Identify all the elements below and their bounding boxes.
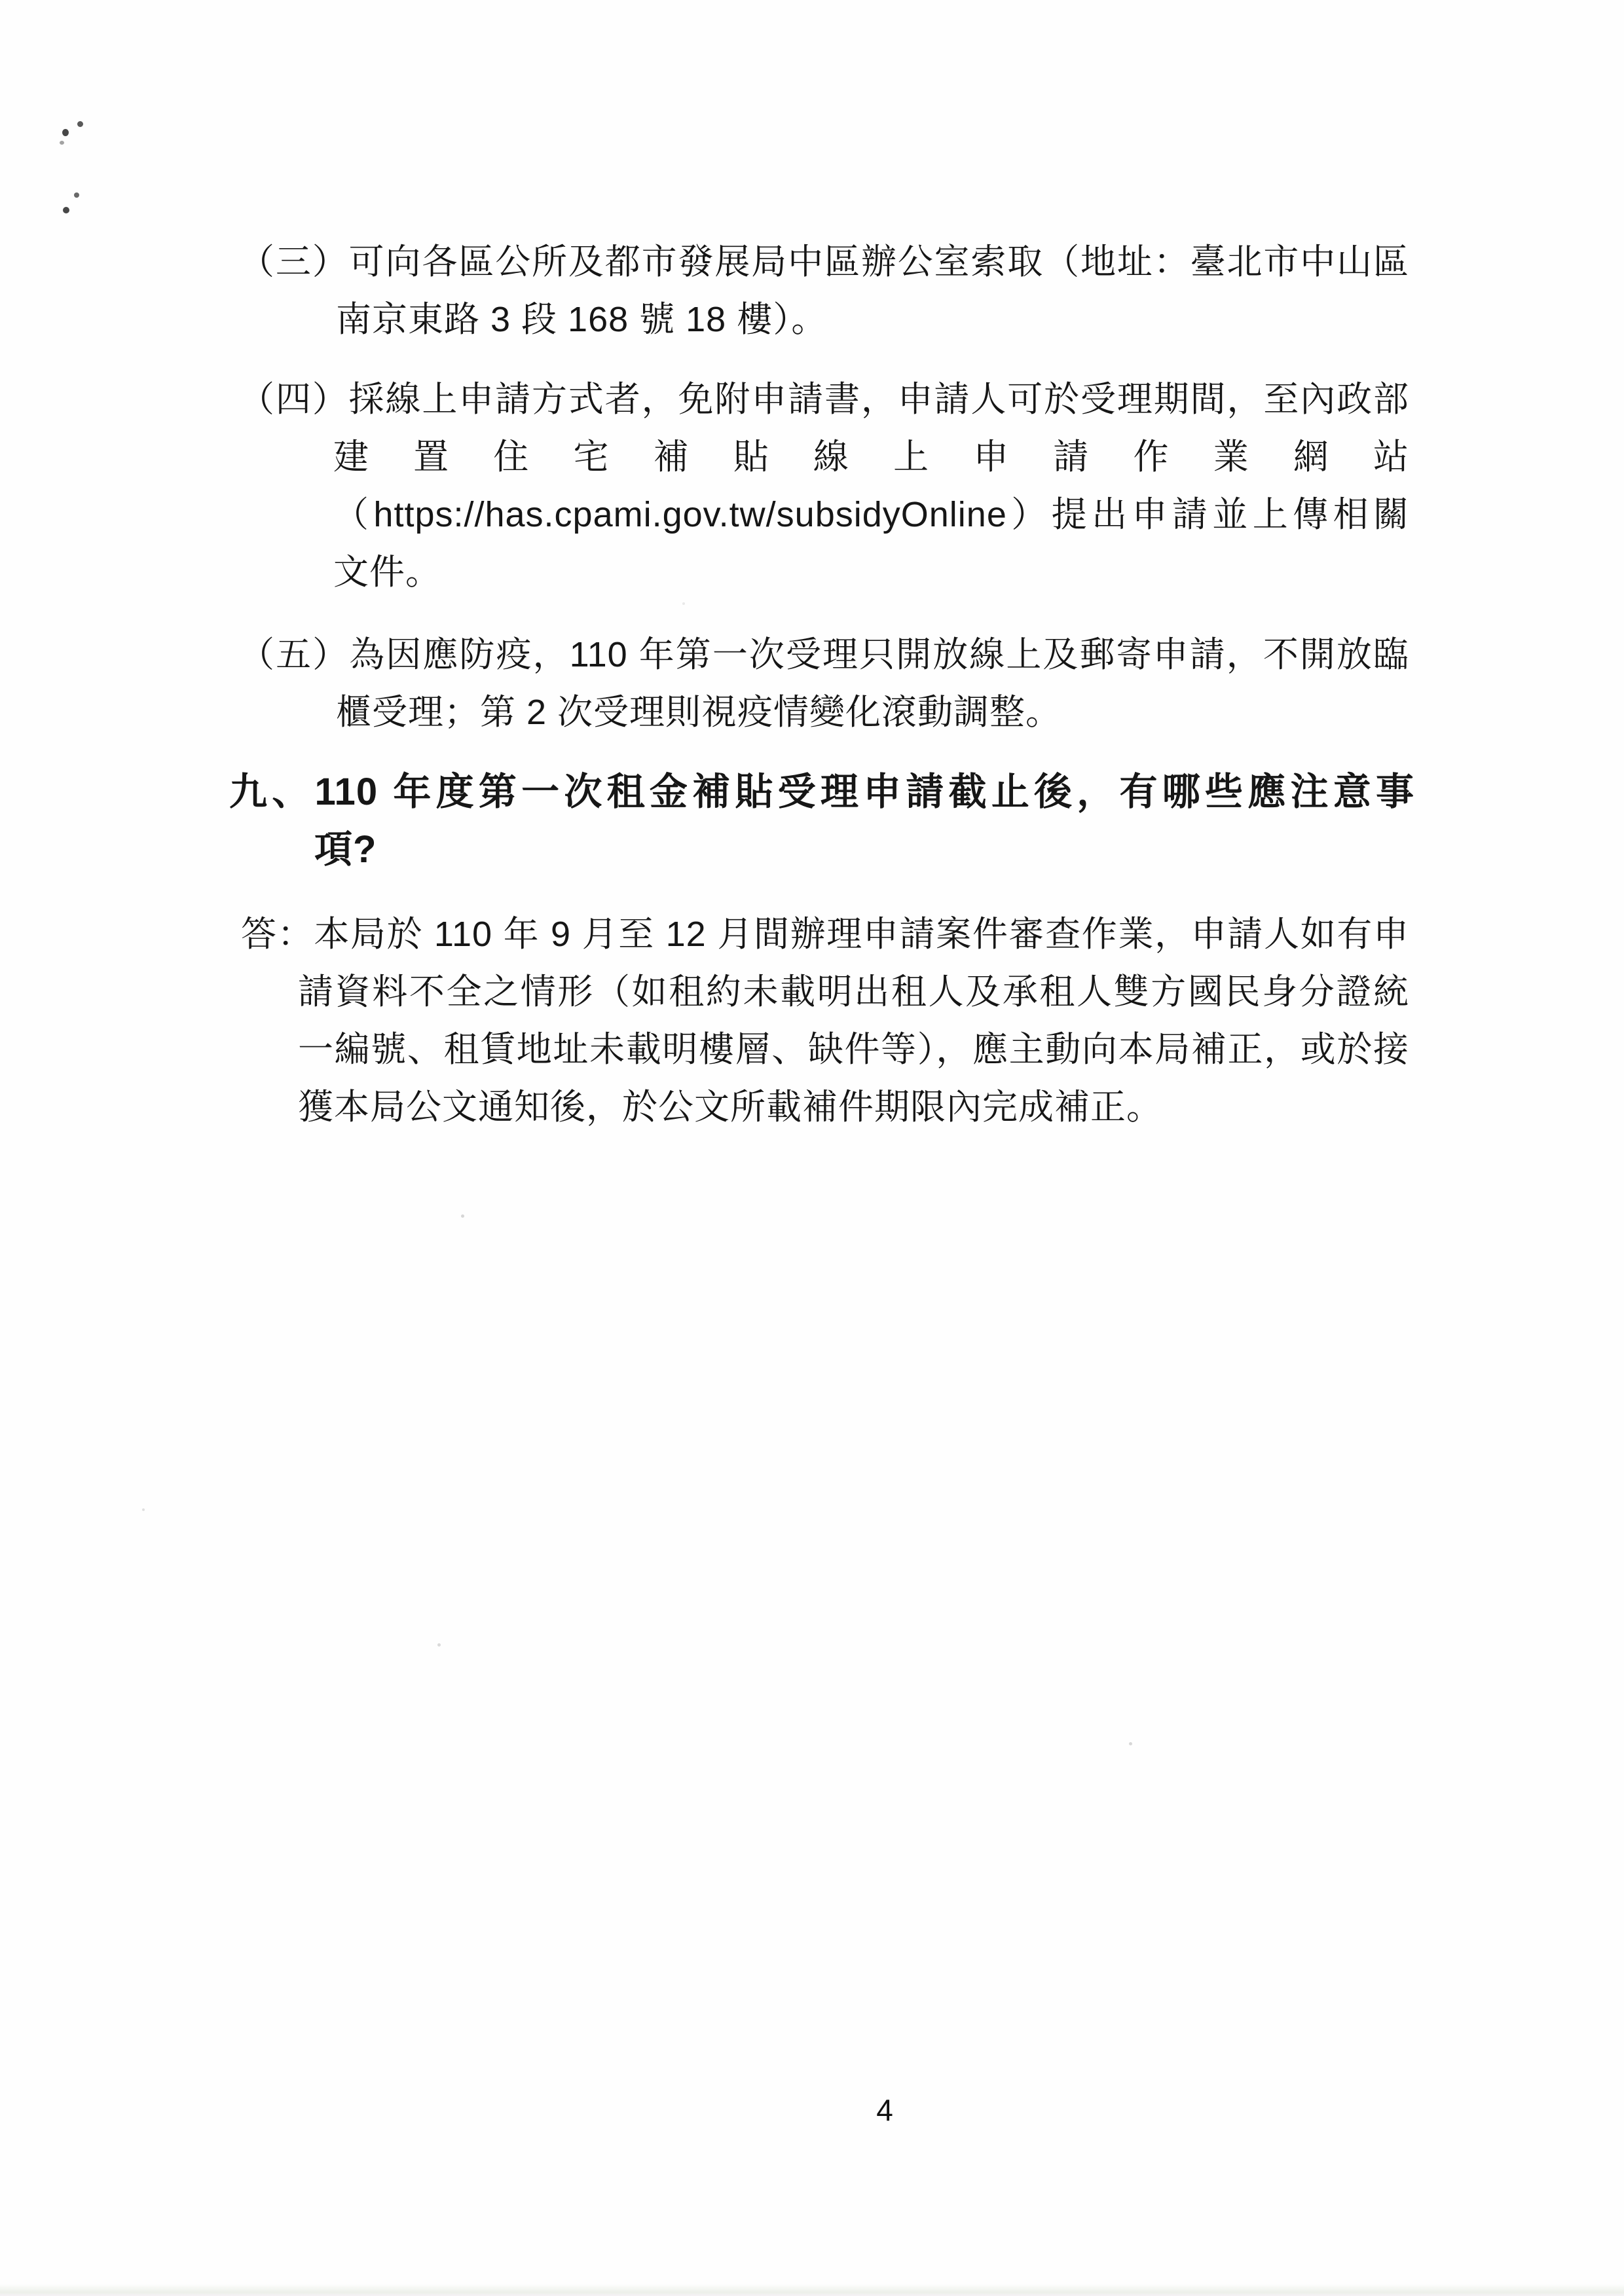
speck xyxy=(1129,1742,1132,1745)
list-item-5-line-1: （五）為因應防疫，110 年第一次受理只開放線上及郵寄申請，不開放臨 xyxy=(239,626,1409,683)
question-9-text-1: 110 年度第一次租金補貼受理申請截止後，有哪些應注意事 xyxy=(315,771,1415,813)
question-9-text-2: 項? xyxy=(314,828,377,871)
document-page: （三）可向各區公所及都市發展局中區辦公室索取（地址：臺北市中山區 南京東路 3 … xyxy=(0,0,1624,2296)
answer-text-4: 獲本局公文通知後，於公文所載補件期限內完成補正。 xyxy=(298,1087,1162,1127)
list-item-4-line-2: 建置住宅補貼線上申請作業網站 xyxy=(239,428,1409,486)
page-number: 4 xyxy=(862,2092,908,2128)
list-item-3-line-2: 南京東路 3 段 168 號 18 樓）。 xyxy=(239,291,1409,348)
answer-line-3: 一編號、租賃地址未載明樓層、缺件等），應主動向本局補正，或於接 xyxy=(241,1021,1409,1078)
question-9-heading: 九、110 年度第一次租金補貼受理申請截止後，有哪些應注意事 項? xyxy=(229,763,1414,879)
answer-line-4: 獲本局公文通知後，於公文所載補件期限內完成補正。 xyxy=(241,1078,1409,1136)
list-item-4-text-2: 建置住宅補貼線上申請作業網站 xyxy=(333,437,1409,477)
ink-dot xyxy=(63,207,69,213)
list-item-5-label: （五） xyxy=(239,635,349,674)
speck xyxy=(461,1214,464,1218)
list-item-5-text-2: 櫃受理；第 2 次受理則視疫情變化滾動調整。 xyxy=(336,693,1061,732)
list-item-4-line-4: 文件。 xyxy=(239,543,1409,601)
ink-dot xyxy=(74,192,79,198)
answer-line-1: 答：本局於 110 年 9 月至 12 月間辦理申請案件審查作業，申請人如有申 xyxy=(241,905,1409,963)
list-item-3-text-2: 南京東路 3 段 168 號 18 樓）。 xyxy=(336,300,827,339)
speck xyxy=(142,1508,145,1511)
answer-paragraph: 答：本局於 110 年 9 月至 12 月間辦理申請案件審查作業，申請人如有申 … xyxy=(241,905,1409,1136)
application-url: （https://has.cpami.gov.tw/subsidyOnline）… xyxy=(333,495,1409,534)
list-item-4-line-1: （四）採線上申請方式者，免附申請書，申請人可於受理期間，至內政部 xyxy=(239,371,1409,428)
answer-text-3: 一編號、租賃地址未載明樓層、缺件等），應主動向本局補正，或於接 xyxy=(298,1030,1409,1069)
list-item-5-text-1: 為因應防疫，110 年第一次受理只開放線上及郵寄申請，不開放臨 xyxy=(349,635,1409,674)
list-item-4-line-3: （https://has.cpami.gov.tw/subsidyOnline）… xyxy=(239,486,1409,543)
list-item-3: （三）可向各區公所及都市發展局中區辦公室索取（地址：臺北市中山區 南京東路 3 … xyxy=(239,233,1409,348)
question-9-line-2: 項? xyxy=(229,821,1414,879)
list-item-4-text-4: 文件。 xyxy=(333,553,441,592)
question-9-line-1: 九、110 年度第一次租金補貼受理申請截止後，有哪些應注意事 xyxy=(229,763,1414,821)
list-item-3-text-1: 可向各區公所及都市發展局中區辦公室索取（地址：臺北市中山區 xyxy=(349,242,1409,282)
speck xyxy=(682,602,685,605)
ink-dot xyxy=(60,141,64,145)
list-item-5-line-2: 櫃受理；第 2 次受理則視疫情變化滾動調整。 xyxy=(239,683,1409,741)
ink-dot xyxy=(62,129,69,136)
answer-line-2: 請資料不全之情形（如租約未載明出租人及承租人雙方國民身分證統 xyxy=(241,963,1409,1021)
list-item-4-label: （四） xyxy=(239,380,349,419)
question-9-label: 九、 xyxy=(229,771,315,813)
list-item-4-text-1: 採線上申請方式者，免附申請書，申請人可於受理期間，至內政部 xyxy=(349,380,1409,419)
answer-text-1: 本局於 110 年 9 月至 12 月間辦理申請案件審查作業，申請人如有申 xyxy=(314,915,1409,954)
list-item-3-label: （三） xyxy=(239,242,349,282)
answer-label: 答： xyxy=(241,915,314,954)
answer-text-2: 請資料不全之情形（如租約未載明出租人及承租人雙方國民身分證統 xyxy=(298,972,1409,1011)
list-item-5: （五）為因應防疫，110 年第一次受理只開放線上及郵寄申請，不開放臨 櫃受理；第… xyxy=(239,626,1409,741)
speck xyxy=(437,1643,441,1647)
scan-edge-artifact xyxy=(0,2284,1624,2296)
ink-dot xyxy=(77,121,83,127)
list-item-4: （四）採線上申請方式者，免附申請書，申請人可於受理期間，至內政部 建置住宅補貼線… xyxy=(239,371,1409,601)
list-item-3-line-1: （三）可向各區公所及都市發展局中區辦公室索取（地址：臺北市中山區 xyxy=(239,233,1409,291)
